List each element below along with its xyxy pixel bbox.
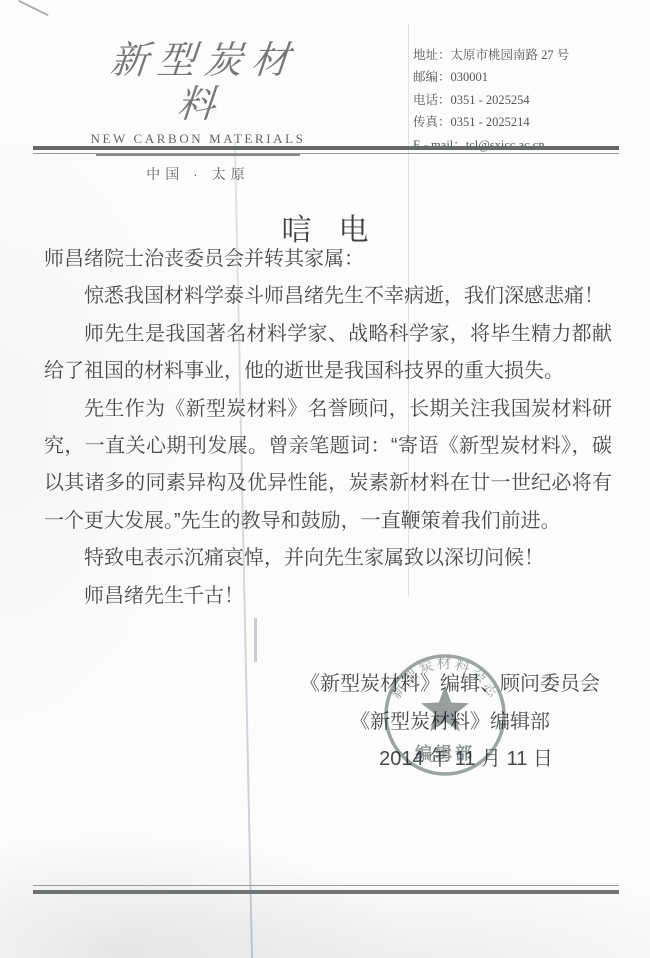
star-icon — [421, 686, 469, 732]
header-rule-thin — [33, 153, 619, 154]
contact-postcode: 邮编：030001 — [413, 66, 569, 88]
header-rule-thick — [33, 146, 619, 150]
brand-underline — [96, 154, 300, 156]
body-paragraph: 师昌绪先生千古！ — [44, 578, 612, 615]
journal-brand: 新型炭材料 NEW CARBON MATERIALS 中国 · 太原 — [82, 38, 314, 184]
body-paragraph: 惊悉我国材料学泰斗师昌绪先生不幸病逝，我们深感悲痛！ — [44, 278, 612, 315]
contact-address: 地址：太原市桃园南路 27 号 — [413, 44, 569, 66]
salutation-line: 师昌绪院士治丧委员会并转其家属： — [44, 241, 612, 278]
scanned-letter-page: 新型炭材料 NEW CARBON MATERIALS 中国 · 太原 地址：太原… — [0, 0, 650, 958]
footer-rule-thick — [33, 890, 619, 894]
letter-body: 师昌绪院士治丧委员会并转其家属： 惊悉我国材料学泰斗师昌绪先生不幸病逝，我们深感… — [44, 241, 612, 615]
body-paragraph: 师先生是我国著名材料学家、战略科学家，将毕生精力都献给了祖国的材料事业，他的逝世… — [44, 316, 612, 391]
seal-bottom-text: 编辑部 — [415, 743, 475, 763]
footer-rule-thin — [33, 885, 619, 886]
contact-block: 地址：太原市桃园南路 27 号 邮编：030001 电话：0351 - 2025… — [413, 44, 569, 156]
official-seal: 新型炭材料杂志 编辑部 — [378, 648, 512, 782]
contact-phone: 电话：0351 - 2025254 — [413, 89, 569, 111]
journal-name-english: NEW CARBON MATERIALS — [82, 131, 314, 147]
journal-location: 中国 · 太原 — [82, 164, 314, 184]
body-paragraph: 先生作为《新型炭材料》名誉顾问，长期关注我国炭材料研究，一直关心期刊发展。曾亲笔… — [44, 391, 612, 541]
corner-scan-mark — [18, 0, 48, 16]
fold-crease-dark-segment — [254, 618, 257, 662]
journal-name-chinese: 新型炭材料 — [78, 38, 318, 126]
body-paragraph: 特致电表示沉痛哀悼，并向先生家属致以深切问候！ — [44, 540, 612, 577]
contact-fax: 传真：0351 - 2025214 — [413, 111, 569, 133]
